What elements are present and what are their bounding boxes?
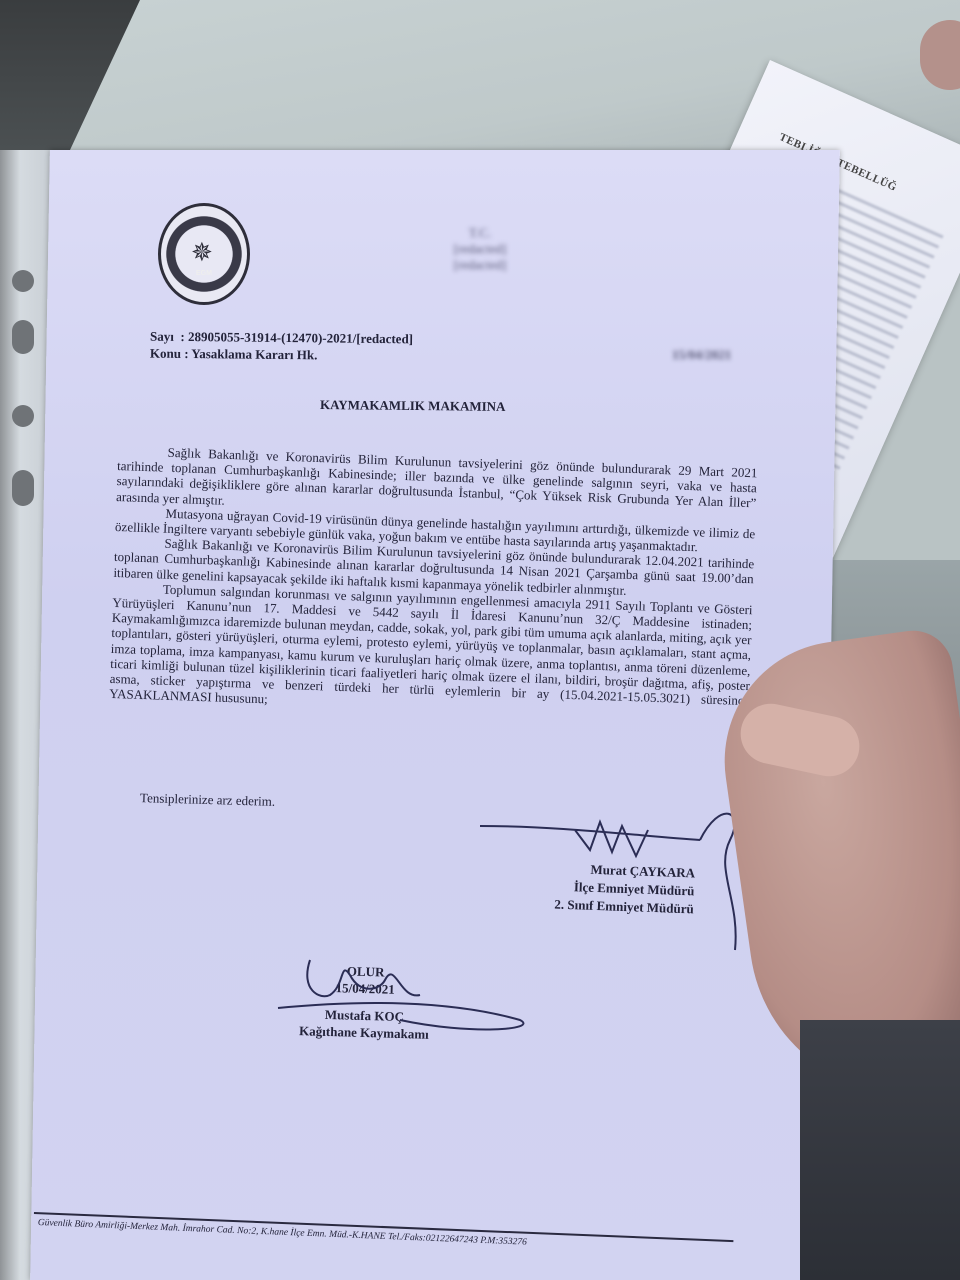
- konu-value: : Yasaklama Kararı Hk.: [184, 346, 317, 362]
- closing-line: Tensiplerinize arz ederim.: [140, 790, 276, 810]
- approver-title: Kağıthane Kaymakamı: [299, 1022, 429, 1043]
- letter-meta: Sayı : 28905055-31914-(12470)-2021/[reda…: [150, 328, 413, 365]
- letter-body: Sağlık Bakanlığı ve Koronavirüs Bilim Ku…: [109, 443, 758, 724]
- police-emblem-icon: ✵ EGM: [158, 203, 250, 305]
- letter-header-redacted: T.C. [redacted] [redacted]: [330, 225, 630, 273]
- signatory-block: Murat ÇAYKARA İlçe Emniyet Müdürü 2. Sın…: [554, 860, 695, 919]
- konu-label: Konu: [150, 346, 181, 361]
- header-line: [redacted]: [330, 257, 630, 273]
- approval-date: 15/04/2021: [300, 978, 430, 999]
- paragraph: Toplumun salgından korunması ve salgının…: [109, 580, 753, 724]
- sayi-value: : 28905055-31914-(12470)-2021/[redacted]: [180, 329, 413, 346]
- emblem-text: EGM: [161, 270, 247, 277]
- addressee: KAYMAKAMLIK MAKAMINA: [320, 397, 506, 415]
- approval-block: OLUR 15/04/2021 Mustafa KOÇ Kağıthane Ka…: [299, 961, 431, 1043]
- signatory-rank: 2. Sınıf Emniyet Müdürü: [554, 896, 694, 919]
- header-line: T.C.: [330, 225, 630, 241]
- header-line: [redacted]: [330, 241, 630, 257]
- letter-date-redacted: 15/04/2021: [672, 347, 731, 363]
- sayi-label: Sayı: [150, 329, 174, 344]
- star-crescent-icon: ✵: [191, 238, 213, 268]
- jacket-sleeve: [800, 1020, 960, 1280]
